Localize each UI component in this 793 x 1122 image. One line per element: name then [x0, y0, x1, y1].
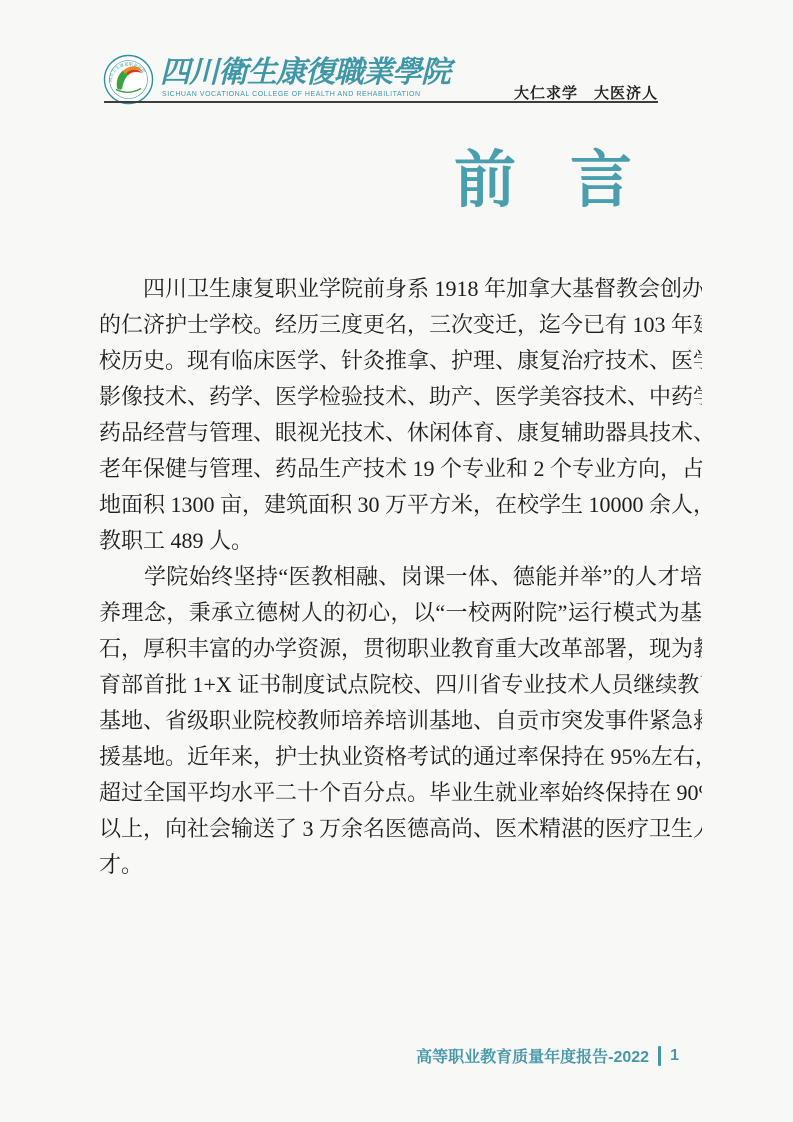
body-line: 校历史。现有临床医学、针灸推拿、护理、康复治疗技术、医学: [99, 343, 702, 379]
body-line: 援基地。近年来，护士执业资格考试的通过率保持在 95%左右，: [99, 739, 702, 775]
page-title: 前 言: [454, 146, 632, 216]
body-line: 学院始终坚持“医教相融、岗课一体、德能并举”的人才培: [99, 559, 702, 595]
page-number: 1: [670, 1047, 679, 1065]
body-line: 育部首批 1+X 证书制度试点院校、四川省专业技术人员继续教育: [99, 667, 702, 703]
body-line: 才。: [99, 847, 702, 883]
body-line: 影像技术、药学、医学检验技术、助产、医学美容技术、中药学、: [99, 379, 702, 415]
college-name-en: SICHUAN VOCATIONAL COLLEGE OF HEALTH AND…: [162, 91, 421, 98]
body-line: 超过全国平均水平二十个百分点。毕业生就业率始终保持在 90%: [99, 775, 702, 811]
title-char-2: 言: [570, 146, 632, 216]
body-line: 石，厚积丰富的办学资源，贯彻职业教育重大改革部署，现为教: [99, 631, 702, 667]
body-line: 老年保健与管理、药品生产技术 19 个专业和 2 个专业方向，占: [99, 451, 702, 487]
title-char-1: 前: [454, 146, 516, 216]
page-footer: 高等职业教育质量年度报告-2022 1: [416, 1044, 679, 1067]
body-line: 四川卫生康复职业学院前身系 1918 年加拿大基督教会创办: [99, 271, 702, 307]
header-divider: [104, 101, 658, 103]
body-line: 以上，向社会输送了 3 万余名医德高尚、医术精湛的医疗卫生人: [99, 811, 702, 847]
footer-separator: [658, 1046, 661, 1066]
document-page: 四川卫生康复职业学院 四川衛生康復職業學院 SICHUAN VOCATIONAL…: [0, 0, 793, 1122]
college-logo-icon: 四川卫生康复职业学院: [103, 54, 154, 105]
paragraph-2: 学院始终坚持“医教相融、岗课一体、德能并举”的人才培 养理念，秉承立德树人的初心…: [99, 559, 702, 883]
paragraph-1: 四川卫生康复职业学院前身系 1918 年加拿大基督教会创办 的仁济护士学校。经历…: [99, 271, 702, 559]
college-slogan: 大仁求学 大医济人: [514, 82, 658, 103]
body-line: 地面积 1300 亩，建筑面积 30 万平方米，在校学生 10000 余人，: [99, 487, 702, 523]
report-title-label: 高等职业教育质量年度报告-2022: [416, 1044, 649, 1067]
body-line: 的仁济护士学校。经历三度更名，三次变迁，迄今已有 103 年建: [99, 307, 702, 343]
body-line: 养理念，秉承立德树人的初心，以“一校两附院”运行模式为基: [99, 595, 702, 631]
college-name-zh: 四川衛生康復職業學院: [160, 56, 450, 90]
body-line: 药品经营与管理、眼视光技术、休闲体育、康复辅助器具技术、: [99, 415, 702, 451]
body-line: 基地、省级职业院校教师培养培训基地、自贡市突发事件紧急救: [99, 703, 702, 739]
body-line: 教职工 489 人。: [99, 523, 702, 559]
body-text: 四川卫生康复职业学院前身系 1918 年加拿大基督教会创办 的仁济护士学校。经历…: [99, 271, 702, 883]
